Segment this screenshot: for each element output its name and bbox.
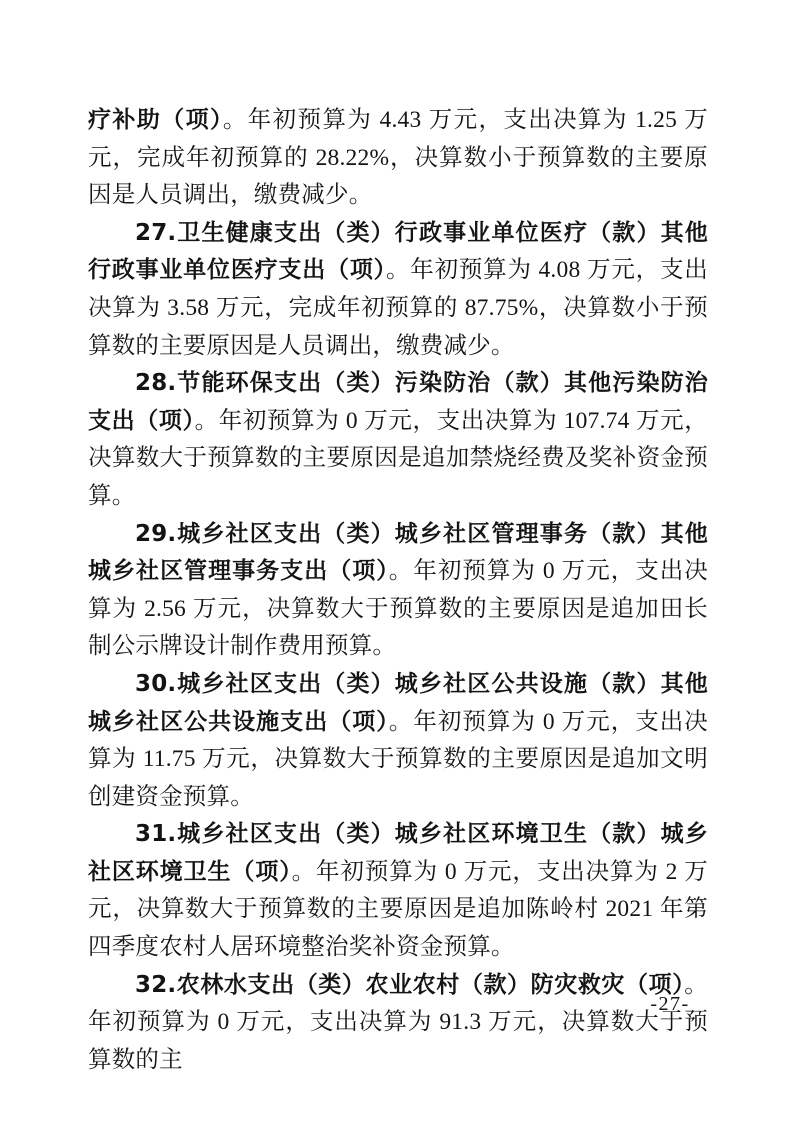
item-32-heading: 32.农林水支出（类）农业农村（款）防灾救灾（项） <box>135 972 684 998</box>
paragraph-item-31: 31.城乡社区支出（类）城乡社区环境卫生（款）城乡社区环境卫生（项）。年初预算为… <box>88 816 708 966</box>
paragraph-item-27: 27.卫生健康支出（类）行政事业单位医疗（款）其他行政事业单位医疗支出（项）。年… <box>88 215 708 365</box>
item-26-heading-continuation: 疗补助（项） <box>88 107 223 133</box>
page-body: 疗补助（项）。年初预算为 4.43 万元，支出决算为 1.25 万元，完成年初预… <box>88 102 708 1079</box>
page-footer: -27- <box>628 993 712 1016</box>
paragraph-item-30: 30.城乡社区支出（类）城乡社区公共设施（款）其他城乡社区公共设施支出（项）。年… <box>88 666 708 816</box>
paragraph-item-32: 32.农林水支出（类）农业农村（款）防灾救灾（项）。年初预算为 0 万元，支出决… <box>88 967 708 1080</box>
document-page: 疗补助（项）。年初预算为 4.43 万元，支出决算为 1.25 万元，完成年初预… <box>0 0 793 1122</box>
paragraph-item-29: 29.城乡社区支出（类）城乡社区管理事务（款）其他城乡社区管理事务支出（项）。年… <box>88 516 708 666</box>
paragraph-item-26-continuation: 疗补助（项）。年初预算为 4.43 万元，支出决算为 1.25 万元，完成年初预… <box>88 102 708 215</box>
paragraph-item-28: 28.节能环保支出（类）污染防治（款）其他污染防治支出（项）。年初预算为 0 万… <box>88 365 708 515</box>
page-number: -27- <box>650 993 689 1015</box>
